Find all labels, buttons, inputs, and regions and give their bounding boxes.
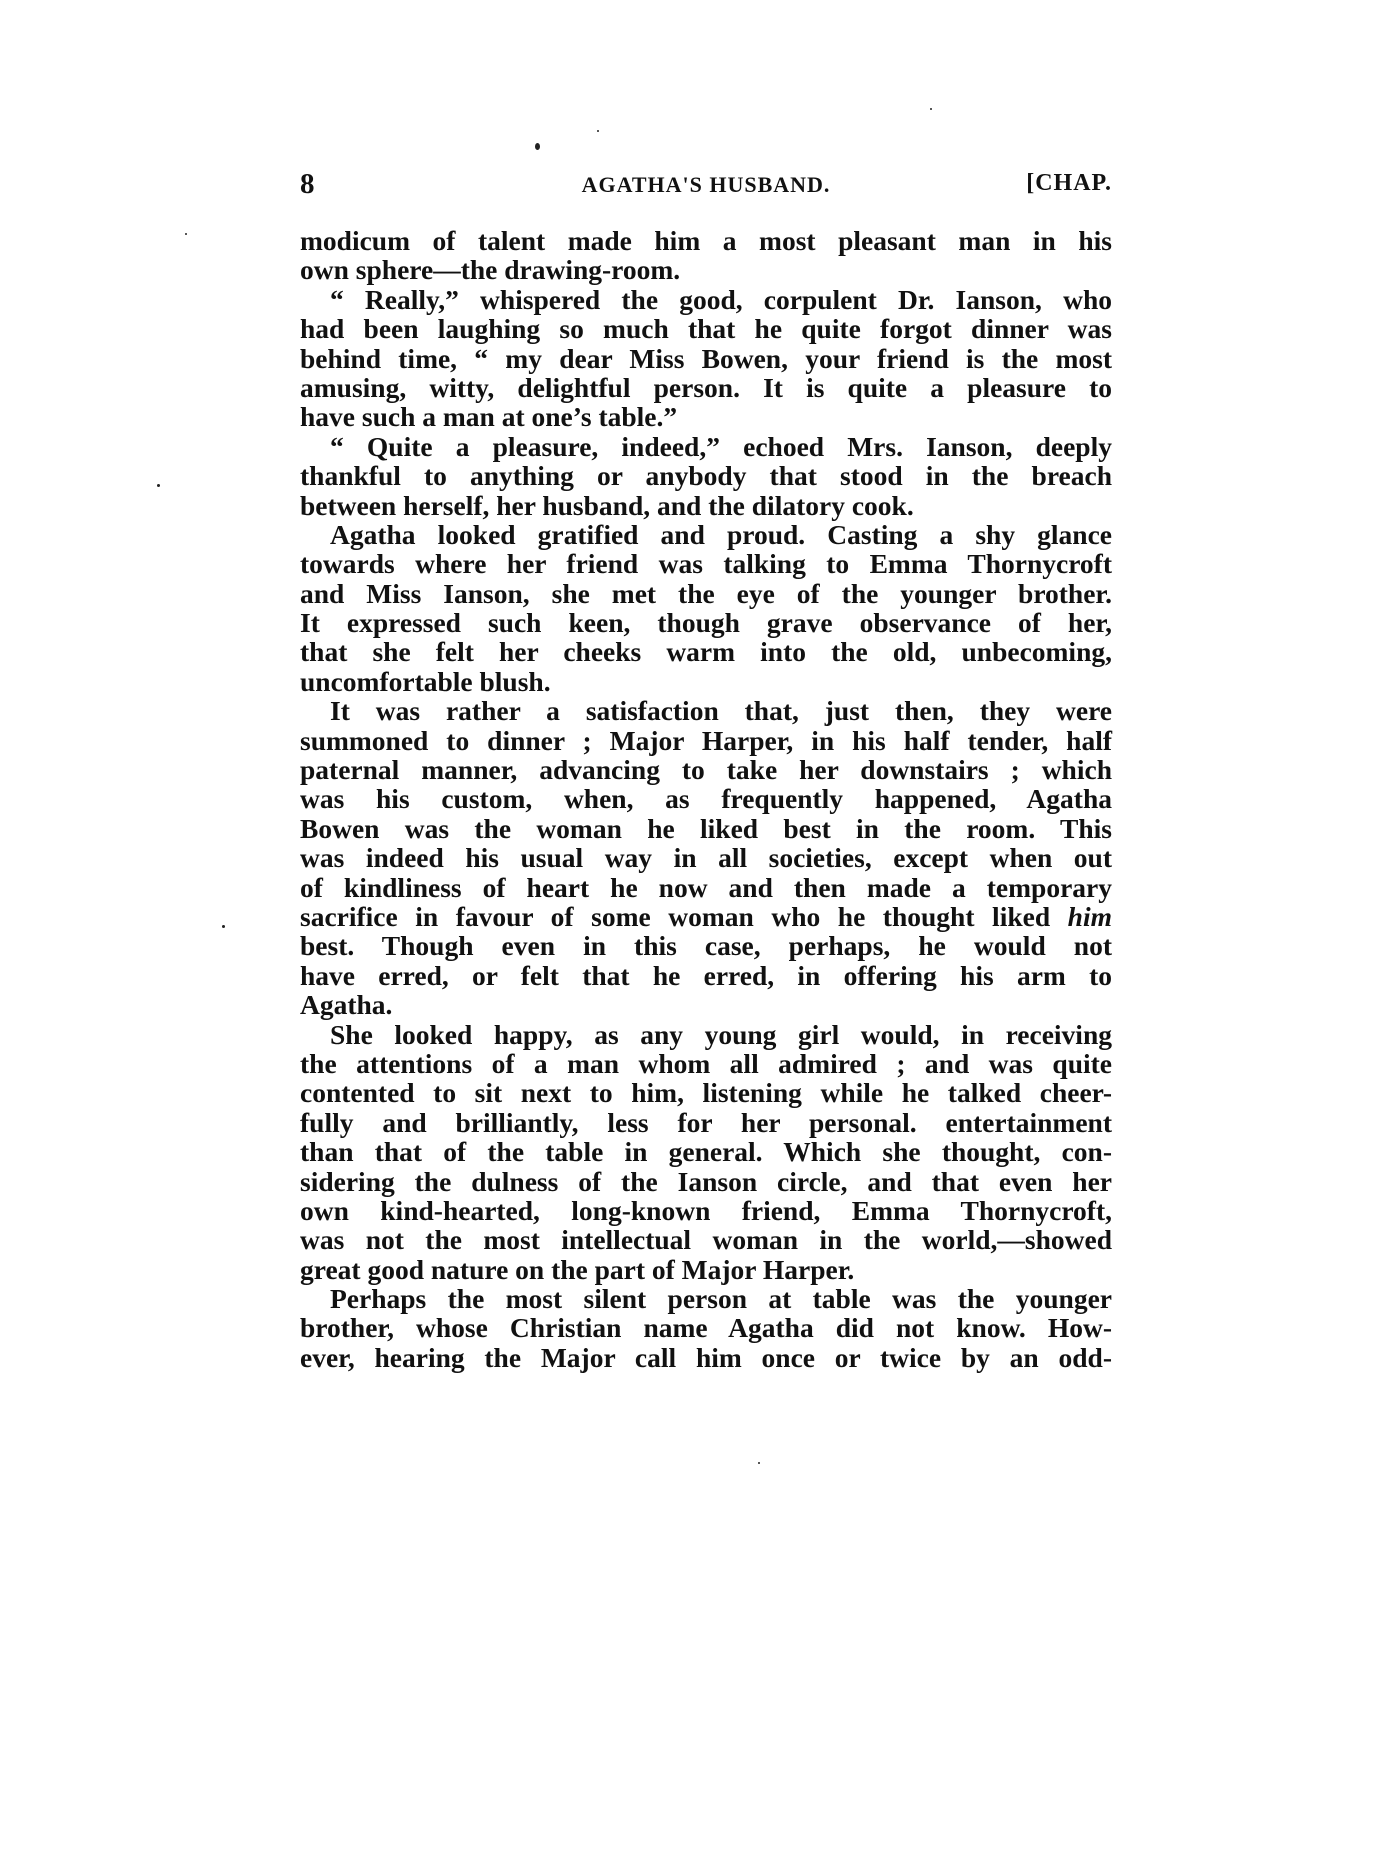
text-line: have such a man at one’s table.”	[300, 402, 1112, 431]
text-line: summoned to dinner ; Major Harper, in hi…	[300, 726, 1112, 755]
text-line: sacrifice in favour of some woman who he…	[300, 902, 1112, 931]
text-line: It expressed such keen, though grave obs…	[300, 608, 1112, 637]
text-line: between herself, her husband, and the di…	[300, 491, 1112, 520]
book-page: 8 AGATHA'S HUSBAND. [CHAP. modicum of ta…	[0, 0, 1400, 1850]
text-line: fully and brilliantly, less for her pers…	[300, 1108, 1112, 1137]
text-line: “ Really,” whispered the good, corpulent…	[300, 285, 1112, 314]
text-line: towards where her friend was talking to …	[300, 549, 1112, 578]
scan-speck	[185, 233, 187, 235]
text-line: ever, hearing the Major call him once or…	[300, 1343, 1112, 1372]
text-line: sidering the dulness of the Ianson circl…	[300, 1167, 1112, 1196]
scan-speck	[930, 108, 932, 110]
text-line: Bowen was the woman he liked best in the…	[300, 814, 1112, 843]
text-line: thankful to anything or anybody that sto…	[300, 461, 1112, 490]
text-line: had been laughing so much that he quite …	[300, 314, 1112, 343]
text-line: contented to sit next to him, listening …	[300, 1078, 1112, 1107]
text-line: best. Though even in this case, perhaps,…	[300, 931, 1112, 960]
text-line: brother, whose Christian name Agatha did…	[300, 1313, 1112, 1342]
text-line: behind time, “ my dear Miss Bowen, your …	[300, 344, 1112, 373]
text-line: She looked happy, as any young girl woul…	[300, 1020, 1112, 1049]
text-line: Agatha.	[300, 990, 1112, 1019]
text-line: great good nature on the part of Major H…	[300, 1255, 1112, 1284]
text-line: was his custom, when, as frequently happ…	[300, 784, 1112, 813]
text-line: Perhaps the most silent person at table …	[300, 1284, 1112, 1313]
body-text: modicum of talent made him a most pleasa…	[300, 226, 1112, 1372]
text-line: amusing, witty, delightful person. It is…	[300, 373, 1112, 402]
scan-speck	[758, 1462, 760, 1464]
page-header: 8 AGATHA'S HUSBAND. [CHAP.	[300, 168, 1112, 204]
scan-speck	[535, 143, 540, 150]
scan-speck	[157, 484, 160, 487]
text-line: that she felt her cheeks warm into the o…	[300, 637, 1112, 666]
running-head: AGATHA'S HUSBAND.	[300, 172, 1112, 198]
text-line: was not the most intellectual woman in t…	[300, 1225, 1112, 1254]
text-line: own sphere—the drawing-room.	[300, 255, 1112, 284]
text-line: “ Quite a pleasure, indeed,” echoed Mrs.…	[300, 432, 1112, 461]
text-line: was indeed his usual way in all societie…	[300, 843, 1112, 872]
text-line: It was rather a satisfaction that, just …	[300, 696, 1112, 725]
text-line: uncomfortable blush.	[300, 667, 1112, 696]
chapter-marker: [CHAP.	[1026, 170, 1112, 197]
text-line: Agatha looked gratified and proud. Casti…	[300, 520, 1112, 549]
scan-speck	[222, 925, 225, 928]
text-line: than that of the table in general. Which…	[300, 1137, 1112, 1166]
text-line: and Miss Ianson, she met the eye of the …	[300, 579, 1112, 608]
text-line: of kindliness of heart he now and then m…	[300, 873, 1112, 902]
text-line: own kind-hearted, long-known friend, Emm…	[300, 1196, 1112, 1225]
text-line: have erred, or felt that he erred, in of…	[300, 961, 1112, 990]
text-line: paternal manner, advancing to take her d…	[300, 755, 1112, 784]
text-line: modicum of talent made him a most pleasa…	[300, 226, 1112, 255]
text-line: the attentions of a man whom all admired…	[300, 1049, 1112, 1078]
italic-emphasis: him	[1068, 901, 1112, 932]
scan-speck	[597, 130, 599, 132]
